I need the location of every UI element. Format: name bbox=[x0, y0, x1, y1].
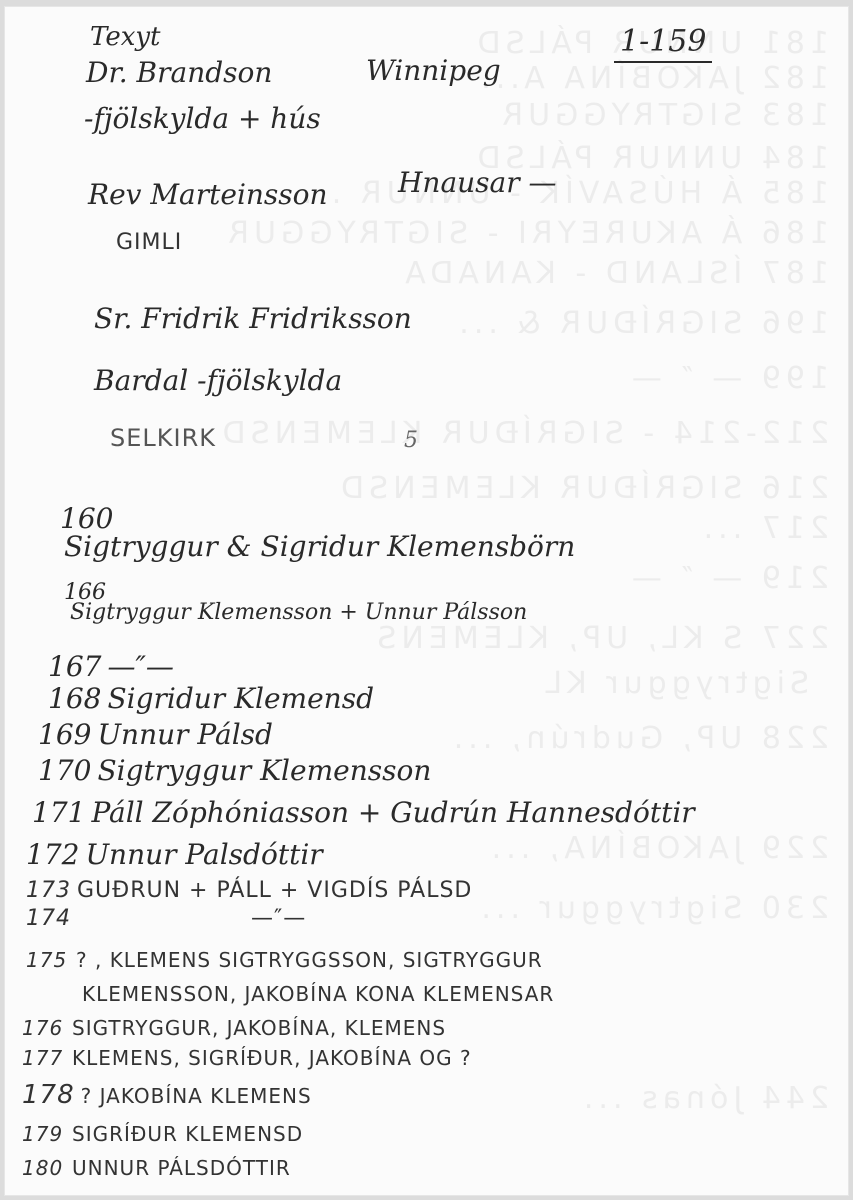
entry-number: 170 bbox=[38, 754, 91, 787]
entry-text: Sigtryggur Klemensson + Unnur Pálsson bbox=[70, 600, 527, 625]
entry-text: Sigtryggur Klemensson bbox=[97, 754, 431, 787]
entry-row: 178? JAKOBÍNA KLEMENS bbox=[22, 1080, 312, 1110]
entry-text: Unnur Pálsd bbox=[97, 718, 273, 751]
location-line: Bardal -fjölskylda bbox=[94, 364, 342, 397]
entry-text: UNNUR PÁLSDÓTTIR bbox=[72, 1156, 291, 1180]
ghost-line: 216 SIGRÍÐUR KLEMENSD bbox=[336, 471, 829, 506]
entry-text: SIGTRYGGUR, JAKOBÍNA, KLEMENS bbox=[72, 1016, 446, 1040]
entry-row: 169Unnur Pálsd bbox=[38, 718, 273, 751]
entry-text: Unnur Palsdóttir bbox=[85, 838, 322, 871]
header-note: -fjölskylda + hús bbox=[84, 102, 321, 135]
ghost-line: 185 Á HÚSAVÍK - UNNUR ... bbox=[298, 176, 829, 211]
ghost-line: 228 UP, Gudrún, ... bbox=[449, 721, 829, 756]
ghost-line: 212-214 - SIGRÍÐUR KLEMENSD bbox=[218, 416, 829, 451]
document-page: 181 UNNUR PÁLSD 182 JAKOBÍNA A... 183 SI… bbox=[4, 6, 849, 1196]
entry-number: 167 bbox=[48, 650, 101, 683]
location-line: Rev Marteinsson bbox=[88, 178, 328, 211]
entry-number: 171 bbox=[32, 796, 85, 829]
entry-number: 169 bbox=[38, 718, 91, 751]
entry-number: 168 bbox=[48, 682, 101, 715]
entry-row: 173GUÐRUN + PÁLL + VIGDÍS PÁLSD bbox=[26, 878, 472, 903]
entry-text: GUÐRUN + PÁLL + VIGDÍS PÁLSD bbox=[77, 878, 472, 903]
ghost-line: 196 SIGRÍÐUR & ... bbox=[454, 306, 829, 341]
entry-number: 179 bbox=[22, 1122, 66, 1146]
entry-text: Sigtryggur & Sigridur Klemensbörn bbox=[64, 530, 575, 563]
header-note: Texyt bbox=[90, 22, 161, 52]
entry-number: 176 bbox=[22, 1016, 66, 1040]
ghost-line: 186 Á AKUREYRI - SIGTRYGGUR bbox=[223, 216, 829, 251]
entry-number: 175 bbox=[26, 948, 70, 972]
entry-text: —″— bbox=[251, 906, 306, 931]
entry-text: SIGRÍÐUR KLEMENSD bbox=[72, 1122, 303, 1146]
entry-row: 174—″— bbox=[26, 906, 306, 931]
ghost-line: 230 Sigtryggur ... bbox=[476, 891, 829, 926]
ghost-line: 229 JAKOBÍNA, ... bbox=[487, 831, 829, 866]
entry-text: Páll Zóphóniasson + Gudrún Hannesdóttir bbox=[91, 796, 694, 829]
entry-row: 170Sigtryggur Klemensson bbox=[38, 754, 431, 787]
ghost-line: 187 ÍSLAND - KANADA bbox=[400, 256, 829, 291]
entry-number: 174 bbox=[26, 906, 71, 931]
entry-number: 177 bbox=[22, 1046, 66, 1070]
entry-row: 171Páll Zóphóniasson + Gudrún Hannesdótt… bbox=[32, 796, 695, 829]
entry-row: 172Unnur Palsdóttir bbox=[26, 838, 323, 871]
header-place: Winnipeg bbox=[366, 54, 501, 87]
ghost-line: 219 — ″ — bbox=[627, 561, 829, 596]
location-note: Hnausar — bbox=[398, 166, 557, 199]
location-line: SELKIRK bbox=[110, 424, 216, 452]
entry-row: 179SIGRÍÐUR KLEMENSD bbox=[22, 1122, 303, 1146]
entry-number: 172 bbox=[26, 838, 79, 871]
ghost-line: 227 S KL, UP, KLEMENS bbox=[372, 621, 829, 656]
entry-text: ? , KLEMENS SIGTRYGGSSON, SIGTRYGGUR bbox=[76, 948, 543, 972]
entry-text: KLEMENS, SIGRÍÐUR, JAKOBÍNA OG ? bbox=[72, 1046, 472, 1070]
entry-text: —″— bbox=[107, 650, 173, 683]
ghost-line: 244 Jónas ... bbox=[579, 1081, 829, 1116]
location-line: Sr. Fridrik Fridriksson bbox=[94, 302, 412, 335]
location-mark: 5 bbox=[404, 428, 418, 453]
entry-row: 175? , KLEMENS SIGTRYGGSSON, SIGTRYGGUR bbox=[26, 948, 543, 972]
ghost-line: 199 — ″ — bbox=[627, 361, 829, 396]
entry-text: KLEMENSSON, JAKOBÍNA KONA KLEMENSAR bbox=[82, 982, 554, 1006]
entry-row: 168Sigridur Klemensd bbox=[48, 682, 374, 715]
location-line: GIMLI bbox=[116, 230, 182, 255]
ghost-line: 183 SIGTRYGGUR bbox=[497, 98, 829, 133]
ghost-line: Sigtryggur KL bbox=[540, 666, 809, 701]
ghost-line: 217 ... bbox=[699, 511, 829, 546]
entry-number: 173 bbox=[26, 878, 71, 903]
range-label: 1-159 bbox=[614, 24, 712, 63]
entry-row: KLEMENSSON, JAKOBÍNA KONA KLEMENSAR bbox=[76, 982, 554, 1006]
entry-number: 178 bbox=[22, 1080, 75, 1110]
entry-row: 180UNNUR PÁLSDÓTTIR bbox=[22, 1156, 291, 1180]
entry-text: Sigridur Klemensd bbox=[107, 682, 374, 715]
entry-row: 177KLEMENS, SIGRÍÐUR, JAKOBÍNA OG ? bbox=[22, 1046, 472, 1070]
header-note: Dr. Brandson bbox=[86, 56, 272, 89]
entry-row: 167—″— bbox=[48, 650, 174, 683]
ghost-line: 182 JAKOBÍNA A... bbox=[476, 61, 829, 96]
entry-row: 176SIGTRYGGUR, JAKOBÍNA, KLEMENS bbox=[22, 1016, 446, 1040]
entry-text: ? JAKOBÍNA KLEMENS bbox=[81, 1084, 312, 1108]
entry-number: 180 bbox=[22, 1156, 66, 1180]
